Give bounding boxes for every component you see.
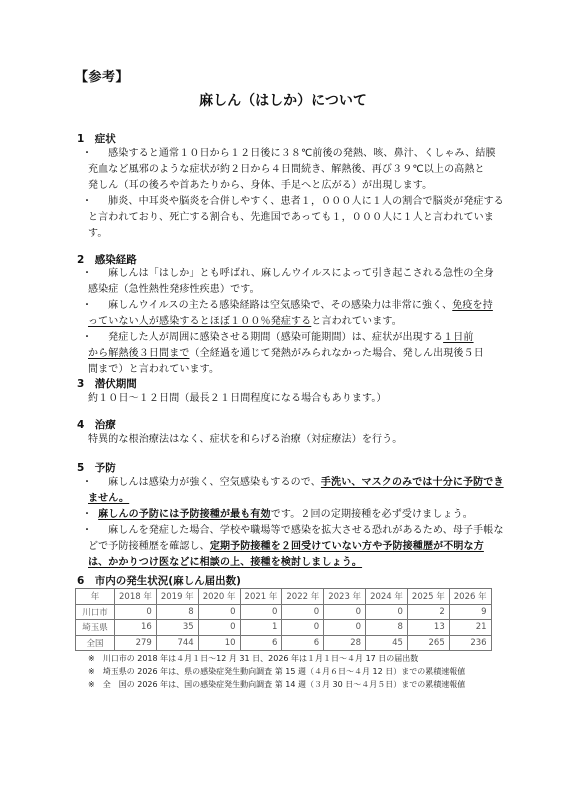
table-cell: 0	[324, 620, 366, 636]
table-cell: 8	[366, 620, 408, 636]
emphasized-text: 免疫を持	[452, 300, 493, 311]
table-cell: 0	[366, 604, 408, 620]
document-page: 【参考】 麻しん（はしか）について 1 症状 ・ 感染すると通常１０日から１２日…	[0, 0, 566, 800]
section-heading-symptoms: 1 症状	[77, 131, 116, 146]
text-segment: 感染症（急性熱性発疹性疾患）です。	[88, 284, 260, 295]
table-row: 埼玉県 16 35 0 1 0 0 8 13 21	[76, 620, 492, 636]
table-header-row: 年 2018 年 2019 年 2020 年 2021 年 2022 年 202…	[76, 589, 492, 605]
table-row-label: 全国	[76, 635, 115, 651]
text-line: 感染症（急性熱性発疹性疾患）です。	[88, 284, 260, 296]
table-cell: 236	[449, 635, 491, 651]
text-segment: 間まで）と言われています。	[88, 364, 219, 375]
table-cell: 13	[407, 620, 449, 636]
text-segment: と言われており、死亡する割合も、先進国であっても１，０００人に１人と言われていま	[88, 212, 494, 223]
text-line: 麻しんを発症した場合、学校や職場等で感染を拡大させる恐れがあるため、母子手帳な	[98, 525, 504, 537]
table-note: ※ 全 国の 2026 年は、国の感染症発生動向調査 第 14 週（３月 30 …	[88, 680, 465, 690]
text-segment: 感染すると通常１０日から１２日後に３８℃前後の発熱、咳、鼻汁、くしゃみ、結膜	[98, 148, 496, 159]
table-cell: 45	[366, 635, 408, 651]
bullet-marker: ・	[82, 477, 92, 489]
text-segment: す。	[88, 228, 108, 239]
section-heading-treatment: 4 治療	[77, 417, 116, 432]
table-header-cell: 2023 年	[324, 589, 366, 605]
text-segment: 肺炎、中耳炎や脳炎を合併しやすく、患者１，０００人に１人の割合で脳炎が発症する	[98, 196, 504, 207]
text-line: っていない人が感染するとほぼ１００％発症すると言われています。	[88, 316, 402, 328]
text-line: 肺炎、中耳炎や脳炎を合併しやすく、患者１，０００人に１人の割合で脳炎が発症する	[98, 196, 504, 208]
table-cell: 16	[115, 620, 157, 636]
text-segment: 麻しんは「はしか」とも呼ばれ、麻しんウイルスによって引き起こされる急性の全身	[98, 268, 494, 279]
table-cell: 21	[449, 620, 491, 636]
emphasized-text: １日前	[443, 332, 473, 343]
table-cell: 10	[198, 635, 240, 651]
reference-label: 【参考】	[75, 66, 129, 85]
section-heading-incubation: 3 潜伏期間	[77, 376, 137, 391]
text-segment: 発しん（耳の後ろや首あたりから、身体、手足へと広がる）が出現します。	[88, 180, 432, 191]
bullet-marker: ・	[82, 525, 92, 537]
table-note: ※ 埼玉県の 2026 年は、県の感染症発生動向調査 第 15 週（４月６日～４…	[88, 667, 465, 677]
table-cell: 0	[324, 604, 366, 620]
text-segment: 発症した人が周囲に感染させる期間（感染可能期間）は、症状が出現する	[98, 332, 443, 343]
table-note: ※ 川口市の 2018 年は４月１日～12 月 31 日、2026 年は１月１日…	[88, 654, 418, 664]
text-line: は、かかりつけ医などに相談の上、接種を検討しましょう。	[88, 557, 362, 569]
table-cell: 6	[240, 635, 282, 651]
table-cell: 0	[115, 604, 157, 620]
page-title: 麻しん（はしか）について	[0, 90, 566, 110]
text-segment: 麻しんを発症した場合、学校や職場等で感染を拡大させる恐れがあるため、母子手帳な	[98, 525, 504, 536]
table-cell: 2	[407, 604, 449, 620]
table-header-cell: 2026 年	[449, 589, 491, 605]
text-line: どで予防接種歴を確認し、定期予防接種を２回受けていない方や予防接種歴が不明な方	[88, 541, 484, 553]
text-line: 麻しんは感染力が強く、空気感染もするので、手洗い、マスクのみでは十分に予防でき	[98, 477, 504, 489]
table-header-cell: 2021 年	[240, 589, 282, 605]
table-cell: 0	[240, 604, 282, 620]
text-line: 発しん（耳の後ろや首あたりから、身体、手足へと広がる）が出現します。	[88, 180, 432, 192]
table-row: 川口市 0 8 0 0 0 0 0 2 9	[76, 604, 492, 620]
bullet-marker: ・	[82, 332, 92, 344]
table-cell: 744	[156, 635, 198, 651]
table-cell: 0	[198, 620, 240, 636]
bullet-marker: ・	[82, 268, 92, 280]
table-header-cell: 2022 年	[282, 589, 324, 605]
text-segment	[88, 509, 98, 520]
table-cell: 279	[115, 635, 157, 651]
emphasized-text: 手洗い、マスクのみでは十分に予防でき	[321, 477, 504, 488]
table-row: 全国 279 744 10 6 6 28 45 265 236	[76, 635, 492, 651]
incubation-text: 約１０日～１２日間（最長２１日間程度になる場合もあります。）	[88, 393, 387, 405]
text-segment: 麻しんは感染力が強く、空気感染もするので、	[98, 477, 321, 488]
emphasized-text: っていない人が感染するとほぼ１００％発症する	[88, 316, 311, 327]
emphasized-text: ません。	[88, 493, 129, 504]
table-cell: 0	[282, 620, 324, 636]
table-row-label: 川口市	[76, 604, 115, 620]
text-segment: です。２回の定期接種を必ず受けましょう。	[271, 509, 473, 520]
table-cell: 265	[407, 635, 449, 651]
table-cell: 9	[449, 604, 491, 620]
emphasized-text: 定期予防接種を２回受けていない方や予防接種歴が不明な方	[210, 541, 484, 552]
table-cell: 6	[282, 635, 324, 651]
table-header-cell: 年	[76, 589, 115, 605]
table-cell: 28	[324, 635, 366, 651]
section-heading-prevention: 5 予防	[77, 460, 116, 475]
section-heading-transmission: 2 感染経路	[77, 252, 137, 267]
treatment-text: 特異的な根治療法はなく、症状を和らげる治療（対症療法）を行う。	[88, 434, 402, 446]
emphasized-text: は、かかりつけ医などに相談の上、接種を検討しましょう。	[88, 557, 362, 568]
text-line: と言われており、死亡する割合も、先進国であっても１，０００人に１人と言われていま	[88, 212, 494, 224]
table-cell: 1	[240, 620, 282, 636]
table-header-cell: 2018 年	[115, 589, 157, 605]
table-cell: 35	[156, 620, 198, 636]
text-segment: （全経過を通じて発熱がみられなかった場合、発しん出現後５日	[190, 348, 484, 359]
measles-stats-table: 年 2018 年 2019 年 2020 年 2021 年 2022 年 202…	[75, 588, 492, 651]
emphasized-text: から解熱後３日間まで	[88, 348, 190, 359]
text-line: 麻しんは「はしか」とも呼ばれ、麻しんウイルスによって引き起こされる急性の全身	[98, 268, 494, 280]
section-heading-stats: 6 市内の発生状況(麻しん届出数)	[77, 573, 241, 588]
table-row-label: 埼玉県	[76, 620, 115, 636]
text-line: 麻しんの予防には予防接種が最も有効です。２回の定期接種を必ず受けましょう。	[88, 509, 473, 521]
table-cell: 0	[198, 604, 240, 620]
text-line: ません。	[88, 493, 129, 505]
text-segment: 充血など風邪のような症状が約２日から４日間続き、解熱後、再び３９℃以上の高熱と	[88, 164, 485, 175]
text-segment: 麻しんウイルスの主たる感染経路は空気感染で、その感染力は非常に強く、	[98, 300, 452, 311]
bullet-marker: ・	[82, 148, 92, 160]
text-line: 麻しんウイルスの主たる感染経路は空気感染で、その感染力は非常に強く、免疫を持	[98, 300, 493, 312]
table-cell: 0	[282, 604, 324, 620]
table-header-cell: 2025 年	[407, 589, 449, 605]
text-line: 感染すると通常１０日から１２日後に３８℃前後の発熱、咳、鼻汁、くしゃみ、結膜	[98, 148, 496, 160]
table-cell: 8	[156, 604, 198, 620]
emphasized-text: 麻しんの予防には予防接種が最も有効	[98, 509, 271, 520]
table-header-cell: 2020 年	[198, 589, 240, 605]
text-line: 充血など風邪のような症状が約２日から４日間続き、解熱後、再び３９℃以上の高熱と	[88, 164, 485, 176]
bullet-marker: ・	[82, 300, 92, 312]
text-line: 間まで）と言われています。	[88, 364, 219, 376]
text-segment: と言われています。	[311, 316, 402, 327]
text-line: から解熱後３日間まで（全経過を通じて発熱がみられなかった場合、発しん出現後５日	[88, 348, 484, 360]
text-line: す。	[88, 228, 108, 240]
table-header-cell: 2024 年	[366, 589, 408, 605]
text-line: 発症した人が周囲に感染させる期間（感染可能期間）は、症状が出現する１日前	[98, 332, 474, 344]
table-header-cell: 2019 年	[156, 589, 198, 605]
text-segment: どで予防接種歴を確認し、	[88, 541, 210, 552]
bullet-marker: ・	[82, 196, 92, 208]
